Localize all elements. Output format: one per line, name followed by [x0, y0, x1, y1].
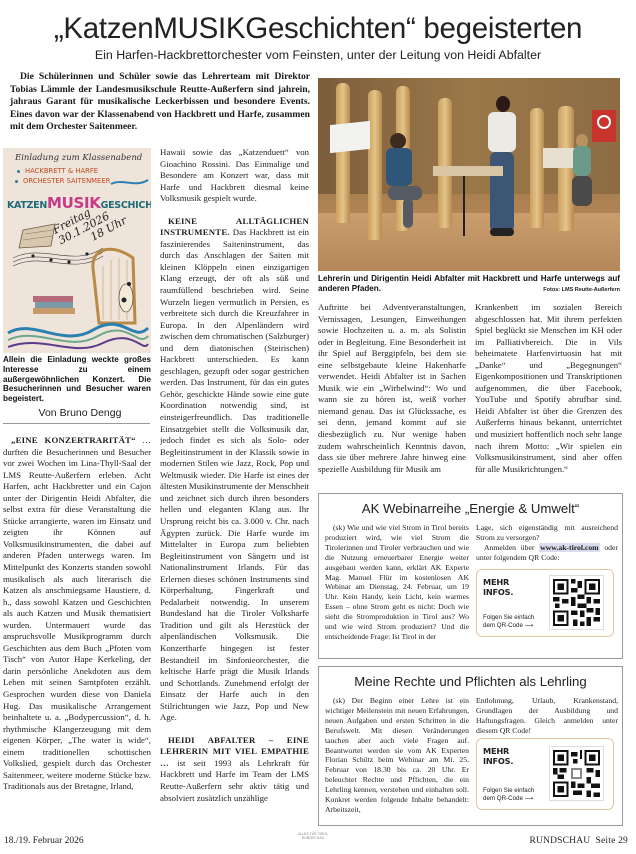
orchestra-photo — [318, 78, 620, 271]
energy-qr-card: MEHRINFOS. Folgen Sie einfachdem QR-Code… — [476, 569, 614, 637]
ak-webinar-energy-box: AK Webinarreihe „Energie & Umwelt“ (sk) … — [318, 493, 623, 659]
column-2-paragraph-1: Hawaii sowie das „Katzenduett“ von Gioac… — [160, 147, 309, 205]
apprentice-box-left-text: (sk) Der Beginn einer Lehre ist ein wich… — [325, 696, 469, 815]
column-4-text: Krankenbett im sozialen Bereich abgeschl… — [475, 302, 622, 475]
energy-box-left-text: (sk) Wie und wie viel Strom in Tirol ber… — [325, 523, 469, 642]
energy-box-right-text: Lage, sich eigenständig mit ausreichend … — [476, 523, 618, 563]
photo-credit: Fotos: LMS Reutte-Außerfern — [536, 287, 620, 293]
ak-tirol-link[interactable]: www.ak-tirol.com — [539, 543, 599, 552]
energy-box-title: AK Webinarreihe „Energie & Umwelt“ — [319, 501, 622, 516]
qr-card-instruction: Folgen Sie einfachdem QR-Code ⟶ — [483, 614, 534, 630]
article-column-3: Auftritte bei Adventveranstaltungen, Ver… — [318, 302, 466, 478]
qr-card-heading: MEHRINFOS. — [483, 746, 513, 766]
qr-code-icon[interactable] — [549, 746, 604, 801]
subheadline: Ein Harfen-Hackbrettorchester vom Feinst… — [0, 48, 636, 63]
headline: „KatzenMUSIKGeschichten“ begeisterten — [0, 12, 636, 46]
rundschau-logo-icon: ALLES FÜR TIROLRUNDSCHAU — [293, 832, 333, 840]
page-label: Seite 29 — [596, 836, 628, 846]
poster-illustration-icon — [3, 148, 151, 353]
lms-logo-icon — [592, 110, 616, 142]
apprentice-box-right-text: Entlohnung, Urlaub, Krankenstand, Grundl… — [476, 696, 618, 736]
article-column-2: Hawaii sowie das „Katzenduett“ von Gioac… — [160, 147, 309, 833]
qr-code-icon[interactable] — [549, 575, 604, 630]
qr-card-heading: MEHRINFOS. — [483, 577, 513, 597]
paper-name: RUNDSCHAU — [529, 836, 590, 846]
lead-paragraph: Die Schülerinnen und Schüler sowie das L… — [10, 71, 310, 134]
apprentice-qr-card: MEHRINFOS. Folgen Sie einfachdem QR-Code… — [476, 738, 614, 810]
byline: Von Bruno Dengg — [10, 407, 150, 419]
column-2-paragraph-3: ist seit 1993 als Lehrkraft für Hackbret… — [160, 758, 309, 803]
article-column-4: Krankenbett im sozialen Bereich abgeschl… — [475, 302, 622, 478]
column-1-text: … durften die Besucherinnen und Besucher… — [3, 435, 151, 791]
byline-divider — [3, 423, 150, 424]
column-2-paragraph-2: Das Hackbrett ist ein faszinierendes Sai… — [160, 227, 309, 722]
article-column-1: „Eine Konzertrarität“ … durften die Besu… — [3, 435, 151, 825]
apprentice-box-title: Meine Rechte und Pflichten als Lehrling — [319, 674, 622, 689]
page-number: RUNDSCHAU Seite 29 — [529, 836, 628, 846]
issue-date: 18./19. Februar 2026 — [4, 836, 84, 846]
ak-webinar-apprentice-box: Meine Rechte und Pflichten als Lehrling … — [318, 666, 623, 826]
qr-card-instruction: Folgen Sie einfachdem QR-Code ⟶ — [483, 787, 534, 803]
poster-caption: Allein die Einladung weckte großes Inter… — [3, 355, 151, 404]
column-3-text: Auftritte bei Adventveranstaltungen, Ver… — [318, 302, 466, 475]
invitation-poster-image: Einladung zum Klassenabend HACKBRETT & H… — [3, 148, 151, 353]
runin-konzertraritaet: „Eine Konzertrarität“ — [11, 435, 136, 445]
